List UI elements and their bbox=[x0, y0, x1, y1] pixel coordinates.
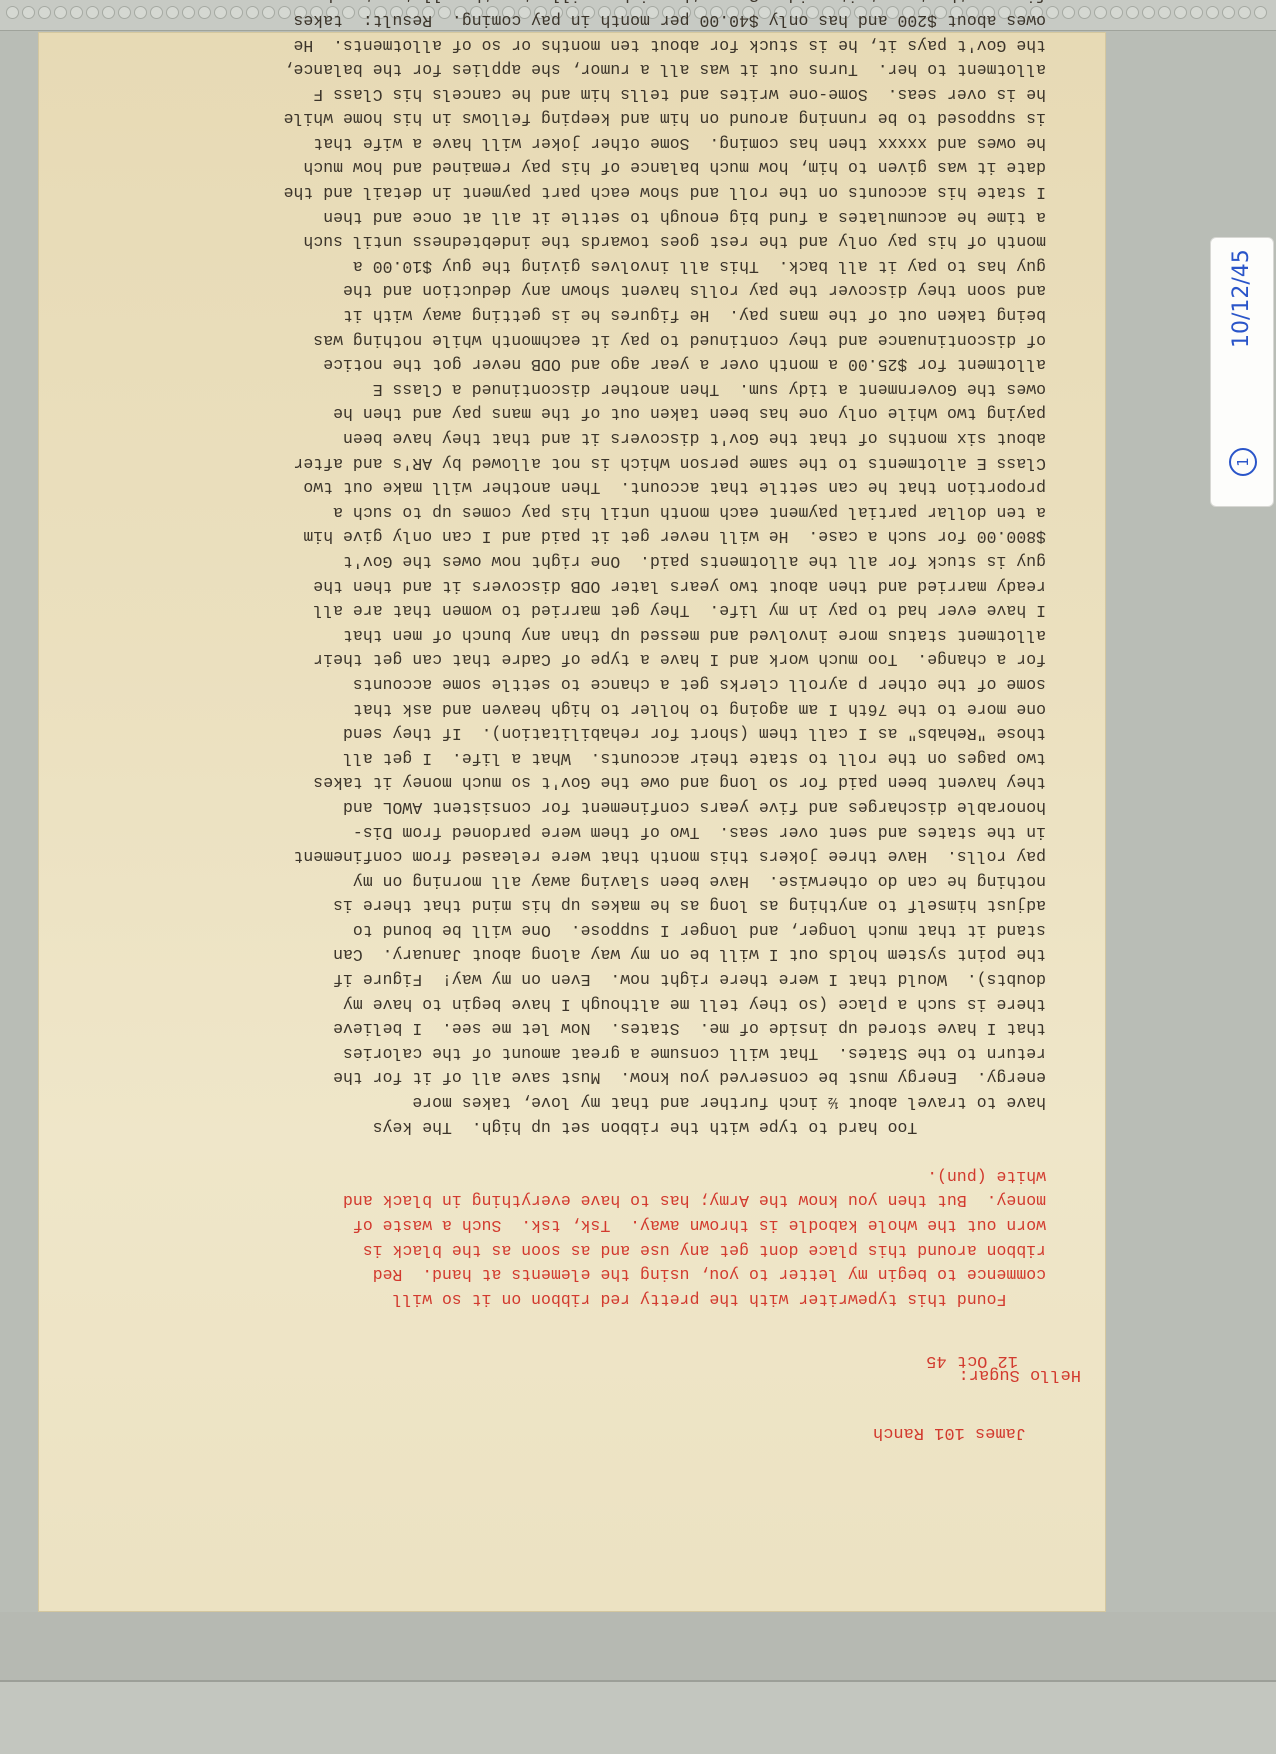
sender-line: James 101 Ranch bbox=[873, 1420, 1026, 1444]
binder-hole bbox=[1254, 6, 1267, 19]
text-line: month of his pay only and the rest goes … bbox=[66, 229, 1046, 254]
text-line: there is such a place (so they tell me a… bbox=[66, 991, 1046, 1016]
text-line: that I have stored up inside of me. Stat… bbox=[66, 1016, 1046, 1041]
text-line: those "Rehabs" as I call them (short for… bbox=[66, 721, 1046, 746]
text-line: have to travel about ½ inch further and … bbox=[66, 1089, 1046, 1114]
text-line: being taken out of the mans pay. He figu… bbox=[66, 302, 1046, 327]
text-line: he is over seas. Some-one writes and tel… bbox=[66, 81, 1046, 106]
page-number-circle: 1 bbox=[1229, 448, 1257, 476]
text-line: I state his accounts on the roll and sho… bbox=[66, 180, 1046, 205]
text-line: return to the States. That will consume … bbox=[66, 1040, 1046, 1065]
sheet-protector-bottom bbox=[0, 1612, 1276, 1754]
binder-hole bbox=[1094, 6, 1107, 19]
text-line: two pages on the roll to state their acc… bbox=[66, 745, 1046, 770]
text-line: five months to get it paid. Some other j… bbox=[66, 0, 1046, 7]
text-line: guy is stuck for all the allotments paid… bbox=[66, 548, 1046, 573]
binder-hole bbox=[1238, 6, 1251, 19]
text-line: honorable discharges and five years conf… bbox=[66, 794, 1046, 819]
text-line: ribbon around this place dont get any us… bbox=[66, 1237, 1046, 1262]
text-line: the point system holds out I will be on … bbox=[66, 942, 1046, 967]
letter-page: James 101 Ranch 12 Oct 45 Hello Sugar: F… bbox=[38, 32, 1106, 1612]
greeting: Hello Sugar: bbox=[959, 1365, 1081, 1384]
text-line: ready married and then about two years l… bbox=[66, 573, 1046, 598]
binder-hole bbox=[1222, 6, 1235, 19]
text-line: Found this typewriter with the pretty re… bbox=[66, 1286, 1046, 1311]
text-line: owes the Government a tidy sum. Then ano… bbox=[66, 376, 1046, 401]
text-line: and soon they discover the pay rolls hav… bbox=[66, 278, 1046, 303]
text-line: some of the other p ayroll clerks get a … bbox=[66, 671, 1046, 696]
text-line: stand it that much longer, and longer I … bbox=[66, 917, 1046, 942]
text-line: worn out the whole kabodle is thrown awa… bbox=[66, 1212, 1046, 1237]
text-line: allotment to her. Turns out it was all a… bbox=[66, 57, 1046, 82]
text-line: energy. Energy must be conserved you kno… bbox=[66, 1065, 1046, 1090]
text-line: money. But then you know the Army; has t… bbox=[66, 1188, 1046, 1213]
text-line: about six months of that the Gov't disco… bbox=[66, 425, 1046, 450]
text-line: date it was given to him, how much balan… bbox=[66, 155, 1046, 180]
text-line: allotment status more involved and messe… bbox=[66, 622, 1046, 647]
binder-hole bbox=[1142, 6, 1155, 19]
binder-hole bbox=[38, 6, 51, 19]
text-line: nothing he can do otherwise. Have been s… bbox=[66, 868, 1046, 893]
binder-hole bbox=[1046, 6, 1059, 19]
text-line: a time he accumulates a fund big enough … bbox=[66, 204, 1046, 229]
binder-hole bbox=[1206, 6, 1219, 19]
text-line: of discontinuance and they continued to … bbox=[66, 327, 1046, 352]
sleeve-fold-band bbox=[0, 1612, 1276, 1682]
text-line: pay rolls. Have three jokers this month … bbox=[66, 844, 1046, 869]
binder-hole bbox=[1078, 6, 1091, 19]
text-line: they havent been paid for so long and ow… bbox=[66, 770, 1046, 795]
text-line: a ten dollar partial payment each month … bbox=[66, 499, 1046, 524]
text-line: owes about $200 and has only $40.00 per … bbox=[66, 7, 1046, 32]
text-line: I have ever had to pay in my life. They … bbox=[66, 598, 1046, 623]
text-line: the Gov't pays it, he is stuck for about… bbox=[66, 32, 1046, 57]
red-ink-paragraph: Found this typewriter with the pretty re… bbox=[66, 1163, 1046, 1311]
text-line: he owes and xxxxx then has coming. Some … bbox=[66, 130, 1046, 155]
binder-hole bbox=[1126, 6, 1139, 19]
binder-hole bbox=[1110, 6, 1123, 19]
binder-hole bbox=[1158, 6, 1171, 19]
archive-index-tab: 10/12/45 1 bbox=[1210, 237, 1274, 507]
text-line: doubts). Would that I were there right n… bbox=[66, 967, 1046, 992]
text-line: proportion that he can settle that accou… bbox=[66, 475, 1046, 500]
text-line: is supposed to be running around on him … bbox=[66, 106, 1046, 131]
binder-hole bbox=[6, 6, 19, 19]
letter-body: Found this typewriter with the pretty re… bbox=[66, 0, 1046, 1360]
text-line: paying two while only one has been taken… bbox=[66, 401, 1046, 426]
binder-hole bbox=[1062, 6, 1075, 19]
text-line: one more to the 76th I am agoing to holl… bbox=[66, 696, 1046, 721]
text-line: $800.00 for such a case. He will never g… bbox=[66, 524, 1046, 549]
black-ink-paragraph: Too hard to type with the ribbon set up … bbox=[66, 0, 1046, 1139]
text-line: commence to begin my letter to you, usin… bbox=[66, 1262, 1046, 1287]
text-line: guy has to pay it all back. This all inv… bbox=[66, 253, 1046, 278]
binder-hole bbox=[1174, 6, 1187, 19]
binder-hole bbox=[1190, 6, 1203, 19]
text-line: Too hard to type with the ribbon set up … bbox=[66, 1114, 1046, 1139]
binder-hole bbox=[22, 6, 35, 19]
text-line: in the states and sent over seas. Two of… bbox=[66, 819, 1046, 844]
text-line: allotment for $25.00 a month over a year… bbox=[66, 352, 1046, 377]
text-line: adjust himself to anything as long as he… bbox=[66, 893, 1046, 918]
text-line: for a change. Too much work and I have a… bbox=[66, 647, 1046, 672]
text-line: Class E allotments to the same person wh… bbox=[66, 450, 1046, 475]
text-line: white (pun). bbox=[66, 1163, 1046, 1188]
archive-date: 10/12/45 bbox=[1229, 249, 1254, 348]
